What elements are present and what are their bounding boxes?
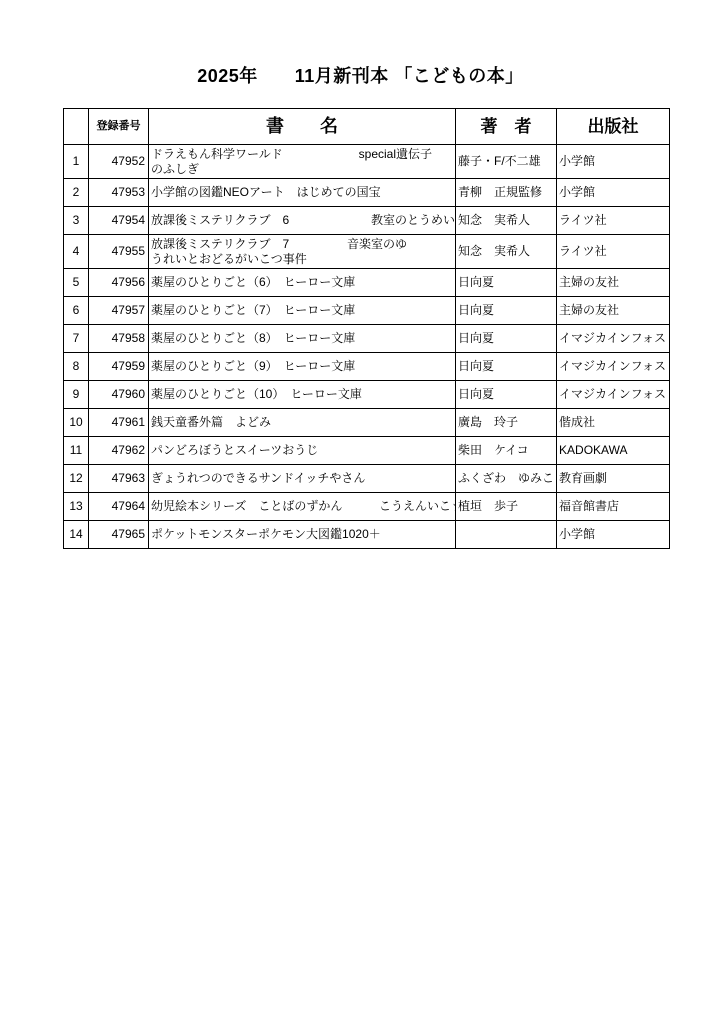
row-number-cell: 11 [64, 437, 89, 465]
table-row: 4 47955 放課後ミステリクラブ 7 音楽室のゆ うれいとおどるがいこつ事件… [64, 235, 670, 269]
book-title-cell: パンどろぼうとスイーツおうじ [149, 437, 456, 465]
book-title-cell: 薬屋のひとりごと（10） ヒーロー文庫 [149, 381, 456, 409]
publisher-cell: KADOKAWA [557, 437, 670, 465]
row-number-cell: 5 [64, 269, 89, 297]
author-cell: 知念 実希人 [456, 235, 557, 269]
table-row: 6 47957 薬屋のひとりごと（7） ヒーロー文庫 日向夏 主婦の友社 [64, 297, 670, 325]
author-cell: 日向夏 [456, 353, 557, 381]
registration-number-cell: 47964 [89, 493, 149, 521]
author-cell: 日向夏 [456, 269, 557, 297]
book-title-line1: 放課後ミステリクラブ 6 教室のとうめい [151, 213, 453, 228]
registration-number-cell: 47959 [89, 353, 149, 381]
publisher-cell: 福音館書店 [557, 493, 670, 521]
author-cell: 植垣 歩子 [456, 493, 557, 521]
row-number-cell: 6 [64, 297, 89, 325]
book-title-text: ぎょうれつのできるサンドイッチやさん [151, 471, 365, 486]
book-title-line1: 薬屋のひとりごと（10） ヒーロー文庫 [151, 387, 453, 402]
book-title-right-text: 音楽室のゆ [347, 237, 407, 252]
book-title-line2: のふしぎ [151, 162, 453, 177]
book-title-text: 幼児絵本シリーズ ことばのずかん [151, 499, 342, 514]
author-cell: 日向夏 [456, 297, 557, 325]
book-title-cell: 幼児絵本シリーズ ことばのずかん こうえんいこう [149, 493, 456, 521]
book-title-line2: うれいとおどるがいこつ事件 [151, 252, 453, 267]
book-title-right-text: こうえんいこう [379, 499, 456, 514]
book-title-text: 放課後ミステリクラブ 6 [151, 213, 289, 228]
book-title-cell: 薬屋のひとりごと（6） ヒーロー文庫 [149, 269, 456, 297]
publisher-cell: 小学館 [557, 521, 670, 549]
header-row: 登録番号 書 名 著 者 出版社 [64, 109, 670, 145]
publisher-cell: ライツ社 [557, 207, 670, 235]
table-row: 3 47954 放課後ミステリクラブ 6 教室のとうめい 知念 実希人 ライツ社 [64, 207, 670, 235]
publisher-cell: 小学館 [557, 179, 670, 207]
book-title-cell: ポケットモンスターポケモン大図鑑1020＋ [149, 521, 456, 549]
header-publisher: 出版社 [557, 109, 670, 145]
registration-number-cell: 47965 [89, 521, 149, 549]
registration-number-cell: 47962 [89, 437, 149, 465]
author-cell: 日向夏 [456, 381, 557, 409]
book-title-right-text: 教室のとうめい [371, 213, 455, 228]
author-cell: 青柳 正規監修 [456, 179, 557, 207]
row-number-cell: 7 [64, 325, 89, 353]
registration-number-cell: 47960 [89, 381, 149, 409]
row-number-cell: 4 [64, 235, 89, 269]
book-title-line1: 薬屋のひとりごと（8） ヒーロー文庫 [151, 331, 453, 346]
row-number-cell: 14 [64, 521, 89, 549]
table-row: 2 47953 小学館の図鑑NEOアート はじめての国宝 青柳 正規監修 小学館 [64, 179, 670, 207]
table-header: 登録番号 書 名 著 者 出版社 [64, 109, 670, 145]
book-title-cell: 薬屋のひとりごと（8） ヒーロー文庫 [149, 325, 456, 353]
book-title-right-text: special遺伝子 [359, 147, 432, 162]
new-books-table: 登録番号 書 名 著 者 出版社 1 47952 ドラえもん科学ワールド spe… [63, 108, 670, 549]
publisher-cell: ライツ社 [557, 235, 670, 269]
registration-number-cell: 47954 [89, 207, 149, 235]
book-title-line1: 薬屋のひとりごと（6） ヒーロー文庫 [151, 275, 453, 290]
table-row: 12 47963 ぎょうれつのできるサンドイッチやさん ふくざわ ゆみこ 教育画… [64, 465, 670, 493]
book-title-line1: 銭天童番外篇 よどみ [151, 415, 453, 430]
author-cell: ふくざわ ゆみこ [456, 465, 557, 493]
header-author: 著 者 [456, 109, 557, 145]
book-title-line1: 薬屋のひとりごと（7） ヒーロー文庫 [151, 303, 453, 318]
table-row: 11 47962 パンどろぼうとスイーツおうじ 柴田 ケイコ KADOKAWA [64, 437, 670, 465]
book-title-line1: 放課後ミステリクラブ 7 音楽室のゆ [151, 237, 453, 252]
publisher-cell: イマジカインフォス [557, 325, 670, 353]
book-title-text: 銭天童番外篇 よどみ [151, 415, 271, 430]
page-title: 2025年 11月新刊本 「こどもの本」 [63, 62, 658, 88]
author-cell: 廣島 玲子 [456, 409, 557, 437]
publisher-cell: イマジカインフォス [557, 353, 670, 381]
row-number-cell: 1 [64, 145, 89, 179]
publisher-cell: イマジカインフォス [557, 381, 670, 409]
registration-number-cell: 47952 [89, 145, 149, 179]
author-cell: 柴田 ケイコ [456, 437, 557, 465]
publisher-cell: 主婦の友社 [557, 269, 670, 297]
publisher-cell: 主婦の友社 [557, 297, 670, 325]
author-cell [456, 521, 557, 549]
author-cell: 日向夏 [456, 325, 557, 353]
header-registration-number: 登録番号 [89, 109, 149, 145]
registration-number-cell: 47953 [89, 179, 149, 207]
registration-number-cell: 47956 [89, 269, 149, 297]
book-title-line1: パンどろぼうとスイーツおうじ [151, 443, 453, 458]
book-title-cell: 薬屋のひとりごと（9） ヒーロー文庫 [149, 353, 456, 381]
row-number-cell: 13 [64, 493, 89, 521]
row-number-cell: 3 [64, 207, 89, 235]
book-title-text: 放課後ミステリクラブ 7 [151, 237, 289, 252]
book-title-cell: ドラえもん科学ワールド special遺伝子 のふしぎ [149, 145, 456, 179]
book-title-text: パンどろぼうとスイーツおうじ [151, 443, 318, 458]
publisher-cell: 偕成社 [557, 409, 670, 437]
table-row: 7 47958 薬屋のひとりごと（8） ヒーロー文庫 日向夏 イマジカインフォス [64, 325, 670, 353]
book-title-text: ドラえもん科学ワールド [151, 147, 283, 162]
book-title-line1: 幼児絵本シリーズ ことばのずかん こうえんいこう [151, 499, 453, 514]
table-row: 1 47952 ドラえもん科学ワールド special遺伝子 のふしぎ 藤子・F… [64, 145, 670, 179]
registration-number-cell: 47958 [89, 325, 149, 353]
row-number-cell: 8 [64, 353, 89, 381]
book-title-text: 薬屋のひとりごと（10） ヒーロー文庫 [151, 387, 362, 402]
header-book-title: 書 名 [149, 109, 456, 145]
book-title-cell: 銭天童番外篇 よどみ [149, 409, 456, 437]
table-row: 5 47956 薬屋のひとりごと（6） ヒーロー文庫 日向夏 主婦の友社 [64, 269, 670, 297]
book-title-text: 薬屋のひとりごと（7） ヒーロー文庫 [151, 303, 355, 318]
row-number-cell: 9 [64, 381, 89, 409]
book-title-text: 薬屋のひとりごと（8） ヒーロー文庫 [151, 331, 355, 346]
book-title-line1: 小学館の図鑑NEOアート はじめての国宝 [151, 185, 453, 200]
table-row: 9 47960 薬屋のひとりごと（10） ヒーロー文庫 日向夏 イマジカインフォ… [64, 381, 670, 409]
table-row: 14 47965 ポケットモンスターポケモン大図鑑1020＋ 小学館 [64, 521, 670, 549]
table-body: 1 47952 ドラえもん科学ワールド special遺伝子 のふしぎ 藤子・F… [64, 145, 670, 549]
author-cell: 知念 実希人 [456, 207, 557, 235]
table-row: 10 47961 銭天童番外篇 よどみ 廣島 玲子 偕成社 [64, 409, 670, 437]
book-title-line1: ぎょうれつのできるサンドイッチやさん [151, 471, 453, 486]
document-page: { "page_title": "2025年 11月新刊本 「こどもの本」", … [0, 0, 724, 1024]
book-title-line1: 薬屋のひとりごと（9） ヒーロー文庫 [151, 359, 453, 374]
book-title-text: ポケットモンスターポケモン大図鑑1020＋ [151, 527, 381, 542]
registration-number-cell: 47957 [89, 297, 149, 325]
book-title-text: 小学館の図鑑NEOアート はじめての国宝 [151, 185, 381, 200]
table-row: 8 47959 薬屋のひとりごと（9） ヒーロー文庫 日向夏 イマジカインフォス [64, 353, 670, 381]
table-row: 13 47964 幼児絵本シリーズ ことばのずかん こうえんいこう 植垣 歩子 … [64, 493, 670, 521]
book-title-cell: 小学館の図鑑NEOアート はじめての国宝 [149, 179, 456, 207]
row-number-cell: 12 [64, 465, 89, 493]
header-row-number [64, 109, 89, 145]
book-title-line1: ドラえもん科学ワールド special遺伝子 [151, 147, 453, 162]
registration-number-cell: 47961 [89, 409, 149, 437]
book-title-line1: ポケットモンスターポケモン大図鑑1020＋ [151, 527, 453, 542]
book-title-cell: ぎょうれつのできるサンドイッチやさん [149, 465, 456, 493]
publisher-cell: 教育画劇 [557, 465, 670, 493]
author-cell: 藤子・F/不二雄 [456, 145, 557, 179]
book-title-text: 薬屋のひとりごと（9） ヒーロー文庫 [151, 359, 355, 374]
book-title-cell: 放課後ミステリクラブ 7 音楽室のゆ うれいとおどるがいこつ事件 [149, 235, 456, 269]
registration-number-cell: 47955 [89, 235, 149, 269]
book-title-cell: 薬屋のひとりごと（7） ヒーロー文庫 [149, 297, 456, 325]
book-title-cell: 放課後ミステリクラブ 6 教室のとうめい [149, 207, 456, 235]
row-number-cell: 2 [64, 179, 89, 207]
row-number-cell: 10 [64, 409, 89, 437]
registration-number-cell: 47963 [89, 465, 149, 493]
publisher-cell: 小学館 [557, 145, 670, 179]
book-title-text: 薬屋のひとりごと（6） ヒーロー文庫 [151, 275, 355, 290]
